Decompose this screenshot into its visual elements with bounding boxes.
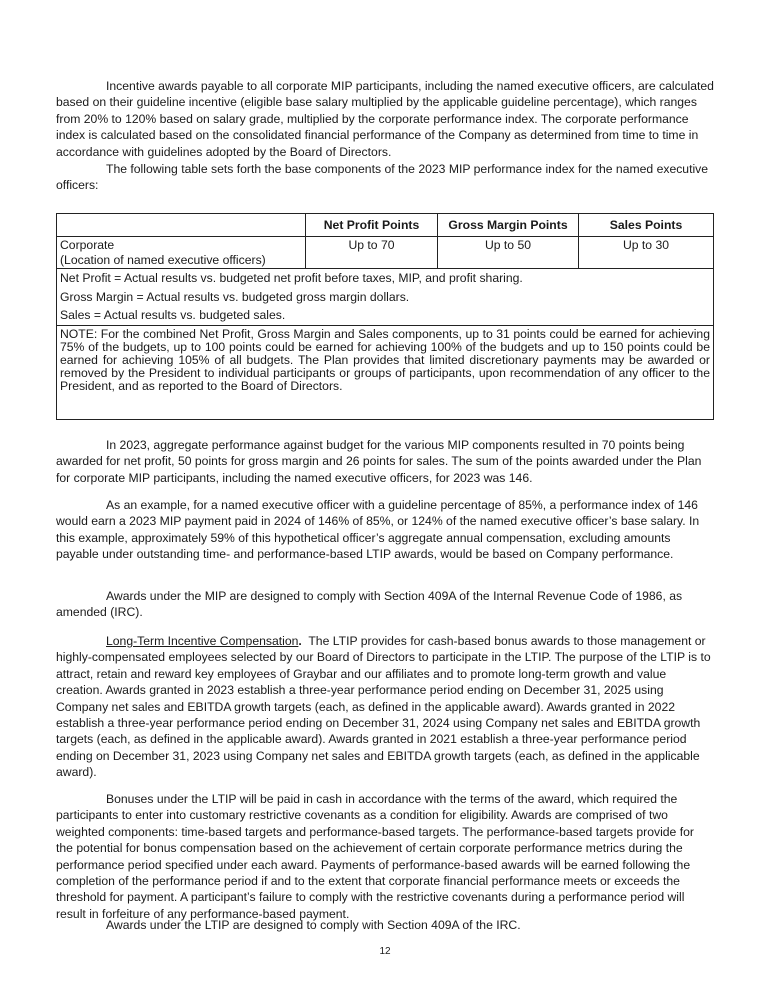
paragraph-text: In 2023, aggregate performance against b…: [56, 438, 701, 485]
table-definitions: Net Profit = Actual results vs. budgeted…: [57, 269, 714, 326]
row-label-line1: Corporate: [60, 238, 114, 252]
paragraph-mip-incentive-awards: Incentive awards payable to all corporat…: [56, 78, 714, 160]
table-row-label: Corporate (Location of named executive o…: [57, 237, 306, 269]
paragraph-example: As an example, for a named executive off…: [56, 497, 714, 563]
definition-gross-margin: Gross Margin = Actual results vs. budget…: [60, 288, 710, 307]
paragraph-table-intro: The following table sets forth the base …: [56, 161, 714, 194]
paragraph-text: As an example, for a named executive off…: [56, 498, 699, 561]
paragraph-ltip-bonuses: Bonuses under the LTIP will be paid in c…: [56, 791, 714, 922]
table-cell-gross-margin: Up to 50: [438, 237, 579, 269]
definition-sales: Sales = Actual results vs. budgeted sale…: [60, 306, 710, 325]
table-note-row: NOTE: For the combined Net Profit, Gross…: [57, 325, 714, 419]
page-number: 12: [56, 944, 714, 960]
paragraph-ltip-409a: Awards under the LTIP are designed to co…: [56, 917, 714, 933]
ltip-heading: Long-Term Incentive Compensation: [106, 634, 298, 648]
table-header-gross-margin: Gross Margin Points: [438, 214, 579, 237]
mip-performance-table: Net Profit Points Gross Margin Points Sa…: [56, 213, 714, 420]
paragraph-text: Awards under the MIP are designed to com…: [56, 589, 682, 619]
ltip-heading-punct: .: [298, 634, 301, 648]
table-header-sales: Sales Points: [579, 214, 714, 237]
table-header-blank: [57, 214, 306, 237]
table-cell-sales: Up to 30: [579, 237, 714, 269]
table-definitions-row: Net Profit = Actual results vs. budgeted…: [57, 269, 714, 326]
table-header-net-profit: Net Profit Points: [306, 214, 438, 237]
paragraph-text: Awards under the LTIP are designed to co…: [106, 918, 521, 932]
table-row: Corporate (Location of named executive o…: [57, 237, 714, 269]
paragraph-mip-409a: Awards under the MIP are designed to com…: [56, 588, 714, 621]
table-note: NOTE: For the combined Net Profit, Gross…: [57, 325, 714, 419]
row-label-line2: (Location of named executive officers): [60, 253, 266, 267]
definition-net-profit: Net Profit = Actual results vs. budgeted…: [60, 269, 710, 288]
paragraph-text: The LTIP provides for cash-based bonus a…: [56, 634, 711, 779]
paragraph-ltip: Long-Term Incentive Compensation. The LT…: [56, 633, 714, 781]
paragraph-text: The following table sets forth the base …: [56, 162, 708, 192]
table-cell-net-profit: Up to 70: [306, 237, 438, 269]
paragraph-text: Incentive awards payable to all corporat…: [56, 79, 714, 159]
paragraph-2023-performance: In 2023, aggregate performance against b…: [56, 437, 714, 486]
paragraph-text: Bonuses under the LTIP will be paid in c…: [56, 792, 694, 921]
table-header-row: Net Profit Points Gross Margin Points Sa…: [57, 214, 714, 237]
